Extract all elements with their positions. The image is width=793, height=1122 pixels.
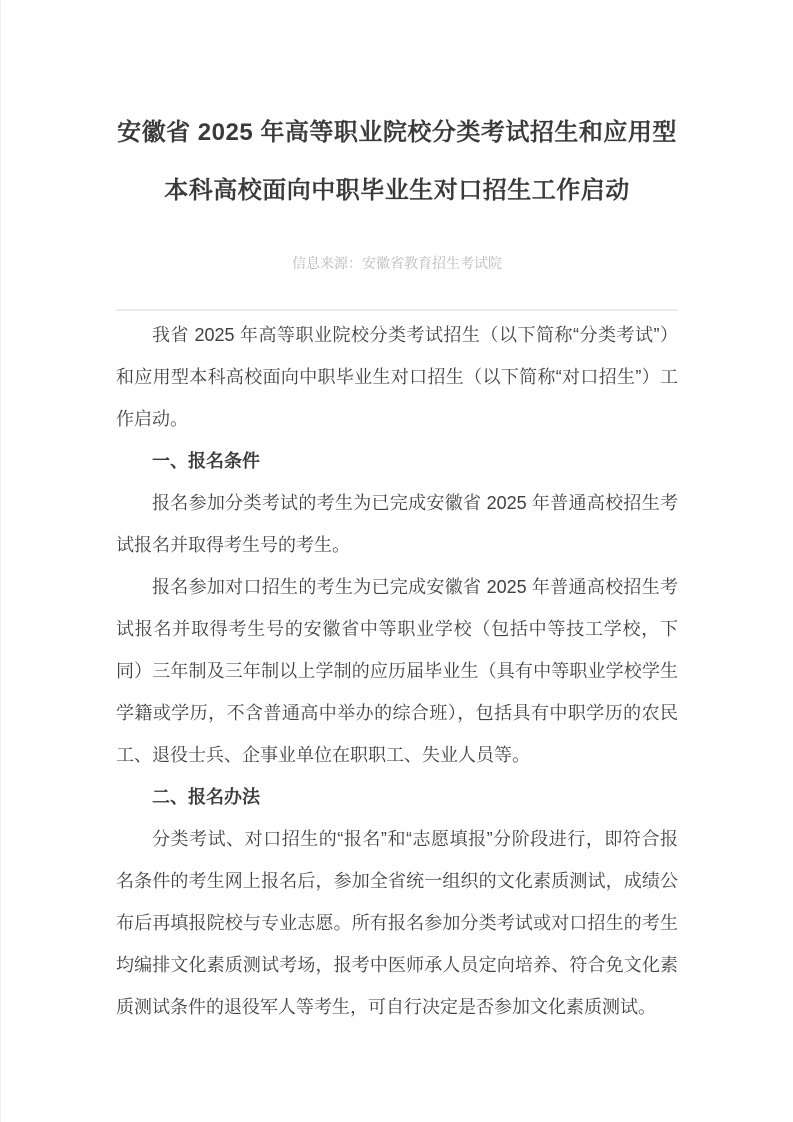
section-heading-1: 一、报名条件	[116, 440, 678, 482]
article-body: 我省 2025 年高等职业院校分类考试招生（以下简称“分类考试”）和应用型本科高…	[116, 314, 678, 1028]
section-heading-2: 二、报名办法	[116, 776, 678, 818]
article-container: 安徽省 2025 年高等职业院校分类考试招生和应用型本科高校面向中职毕业生对口招…	[116, 104, 678, 1028]
source-line: 信息来源：安徽省教育招生考试院	[116, 253, 678, 273]
body-paragraph: 报名参加对口招生的考生为已完成安徽省 2025 年普通高校招生考试报名并取得考生…	[116, 566, 678, 776]
document-page: { "page": { "background": "#ffffff", "ti…	[0, 0, 793, 1122]
article-title: 安徽省 2025 年高等职业院校分类考试招生和应用型本科高校面向中职毕业生对口招…	[116, 104, 678, 220]
body-paragraph: 分类考试、对口招生的“报名”和“志愿填报”分阶段进行，即符合报名条件的考生网上报…	[116, 818, 678, 1028]
body-paragraph: 报名参加分类考试的考生为已完成安徽省 2025 年普通高校招生考试报名并取得考生…	[116, 482, 678, 566]
body-paragraph: 我省 2025 年高等职业院校分类考试招生（以下简称“分类考试”）和应用型本科高…	[116, 314, 678, 440]
divider	[116, 309, 678, 311]
